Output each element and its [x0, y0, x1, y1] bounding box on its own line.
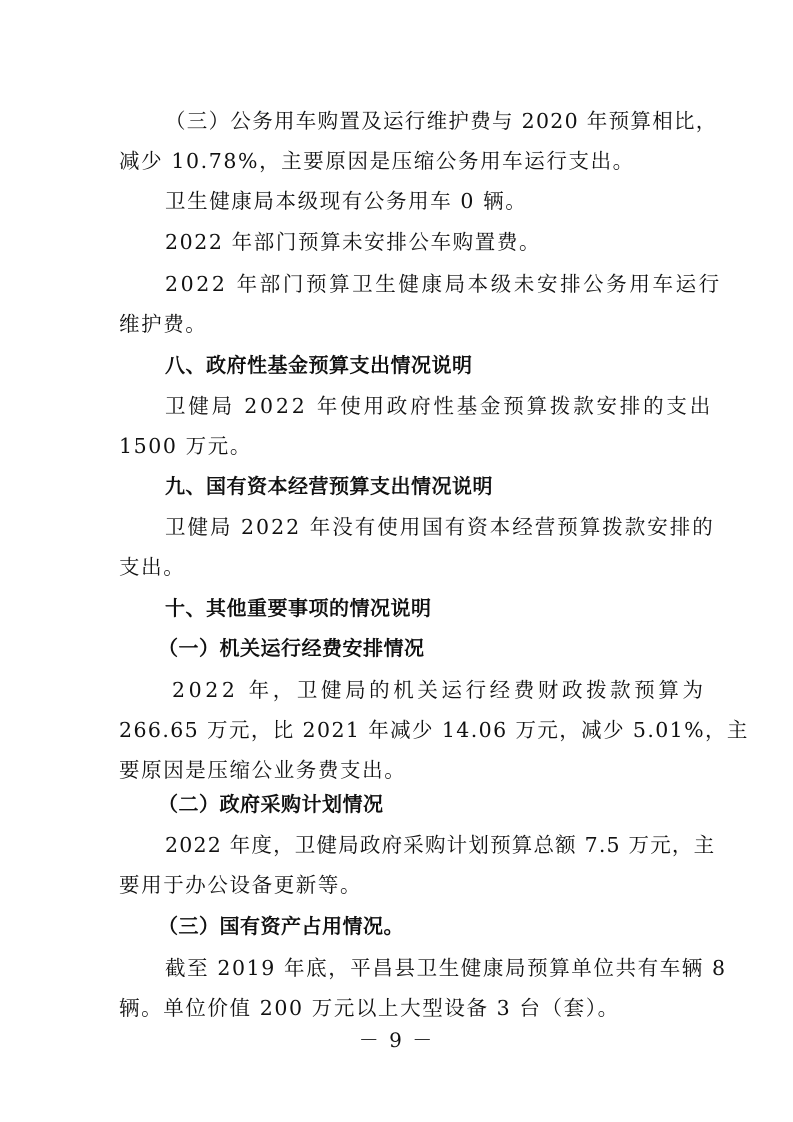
body-line: 2022 年部门预算卫生健康局本级未安排公务用车运行 — [165, 271, 722, 297]
section-heading: 九、国有资本经营预算支出情况说明 — [165, 473, 493, 499]
document-page: （三）公务用车购置及运行维护费与 2020 年预算相比， 减少 10.78%，主… — [0, 0, 793, 1122]
page-number: － 9 － — [0, 1027, 793, 1053]
body-line: 卫健局 2022 年没有使用国有资本经营预算拨款安排的 — [165, 514, 715, 540]
body-line: 266.65 万元，比 2021 年减少 14.06 万元，减少 5.01%，主 — [119, 717, 749, 743]
body-line: 辆。单位价值 200 万元以上大型设备 3 台（套）。 — [119, 995, 620, 1021]
subsection-heading: （三）国有资产占用情况。 — [158, 913, 404, 939]
body-line: （三）公务用车购置及运行维护费与 2020 年预算相比， — [165, 108, 675, 134]
body-line: 卫健局 2022 年使用政府性基金预算拨款安排的支出 — [165, 393, 713, 419]
body-line: 2022 年部门预算未安排公车购置费。 — [165, 229, 541, 255]
body-line: 减少 10.78%，主要原因是压缩公务用车运行支出。 — [119, 148, 635, 174]
subsection-heading: （二）政府采购计划情况 — [158, 791, 384, 817]
section-heading: 八、政府性基金预算支出情况说明 — [165, 352, 473, 378]
body-line: 支出。 — [119, 554, 185, 580]
body-line: 2022 年，卫健局的机关运行经费财政拨款预算为 — [172, 677, 707, 703]
subsection-heading: （一）机关运行经费安排情况 — [158, 635, 425, 661]
body-line: 卫生健康局本级现有公务用车 0 辆。 — [165, 188, 527, 214]
body-line: 截至 2019 年底，平昌县卫生健康局预算单位共有车辆 8 — [165, 955, 727, 981]
section-heading: 十、其他重要事项的情况说明 — [165, 595, 432, 621]
body-line: 要原因是压缩公业务费支出。 — [119, 757, 406, 783]
body-line: 维护费。 — [119, 311, 207, 337]
line-text: （三）公务用车购置及运行维护费与 2020 年预算相比， — [165, 108, 675, 134]
body-line: 要用于办公设备更新等。 — [119, 872, 362, 898]
body-line: 1500 万元。 — [119, 433, 252, 459]
body-line: 2022 年度，卫健局政府采购计划预算总额 7.5 万元，主 — [165, 832, 715, 858]
